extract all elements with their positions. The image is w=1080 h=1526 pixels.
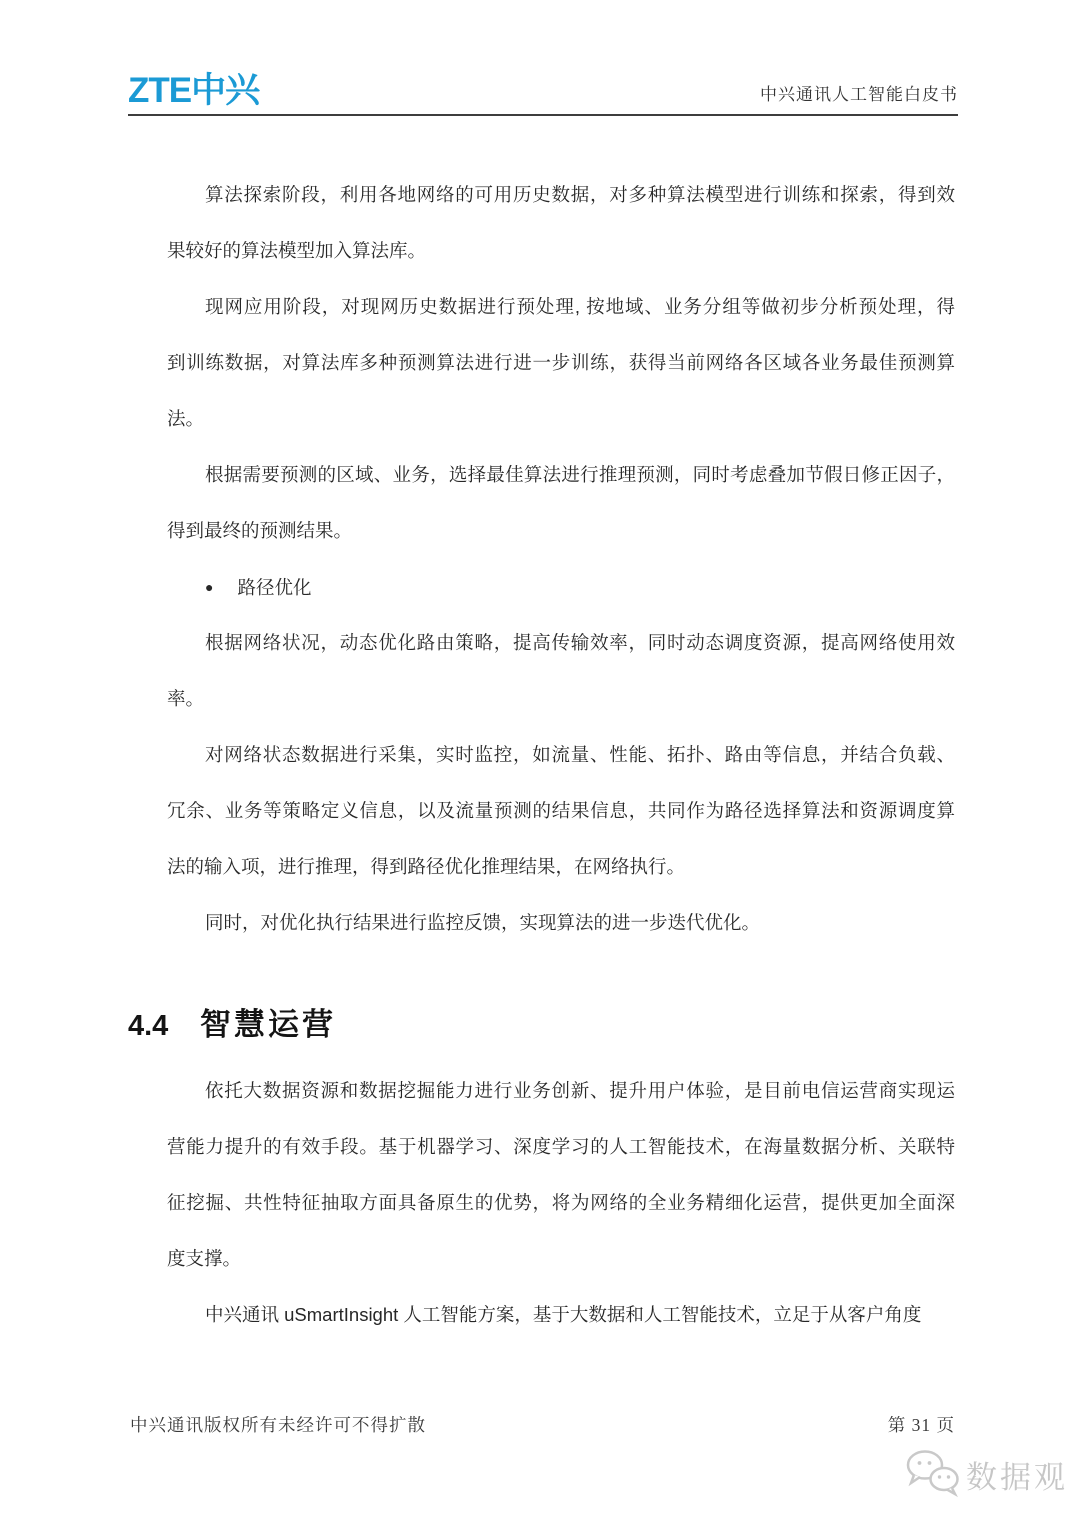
copyright-notice: 中兴通讯版权所有未经许可不得扩散: [130, 1412, 426, 1437]
text-line: 中兴通讯 uSmartInsight 人工智能方案，基于大数据和人工智能技术，立…: [167, 1287, 955, 1343]
document-title: 中兴通讯人工智能白皮书: [760, 80, 958, 114]
page-footer: 中兴通讯版权所有未经许可不得扩散 第 31 页: [130, 1412, 955, 1437]
text-line: 得到最终的预测结果。: [167, 503, 955, 559]
paragraph: 根据网络状况，动态优化路由策略，提高传输效率，同时动态调度资源，提高网络使用效率…: [167, 615, 955, 727]
paragraph: 现网应用阶段，对现网历史数据进行预处理, 按地域、业务分组等做初步分析预处理，得…: [167, 279, 955, 447]
text-line: 同时，对优化执行结果进行监控反馈，实现算法的进一步迭代优化。: [167, 895, 955, 951]
bullet-text: 路径优化: [237, 577, 311, 598]
section-number: 4.4: [128, 1004, 200, 1048]
paragraph: 同时，对优化执行结果进行监控反馈，实现算法的进一步迭代优化。: [167, 895, 955, 951]
zte-logo: ZTE中兴: [128, 73, 259, 114]
paragraph: 算法探索阶段，利用各地网络的可用历史数据，对多种算法模型进行训练和探索，得到效果…: [167, 167, 955, 279]
text-line: 对网络状态数据进行采集，实时监控，如流量、性能、拓扑、路由等信息，并结合负载、: [167, 727, 955, 783]
text-line: 冗余、业务等策略定义信息，以及流量预测的结果信息，共同作为路径选择算法和资源调度…: [167, 783, 955, 839]
text-line: 果较好的算法模型加入算法库。: [167, 223, 955, 279]
bullet-item: ●路径优化: [205, 559, 955, 615]
text-line: 营能力提升的有效手段。基于机器学习、深度学习的人工智能技术，在海量数据分析、关联…: [167, 1119, 955, 1175]
wechat-icon: [902, 1446, 962, 1503]
watermark-text: 数据观: [966, 1452, 1068, 1497]
text-line: 法。: [167, 391, 955, 447]
text-line: 算法探索阶段，利用各地网络的可用历史数据，对多种算法模型进行训练和探索，得到效: [167, 167, 955, 223]
text-line: 依托大数据资源和数据挖掘能力进行业务创新、提升用户体验，是目前电信运营商实现运: [167, 1063, 955, 1119]
document-page: ZTE中兴 中兴通讯人工智能白皮书 算法探索阶段，利用各地网络的可用历史数据，对…: [0, 0, 1080, 1526]
text-line: 率。: [167, 671, 955, 727]
text-line: 根据网络状况，动态优化路由策略，提高传输效率，同时动态调度资源，提高网络使用效: [167, 615, 955, 671]
paragraph: 对网络状态数据进行采集，实时监控，如流量、性能、拓扑、路由等信息，并结合负载、冗…: [167, 727, 955, 895]
paragraph: 中兴通讯 uSmartInsight 人工智能方案，基于大数据和人工智能技术，立…: [167, 1287, 955, 1343]
bullet-icon: ●: [205, 579, 213, 595]
page-number: 第 31 页: [888, 1412, 955, 1437]
text-line: 根据需要预测的区域、业务，选择最佳算法进行推理预测，同时考虑叠加节假日修正因子，: [167, 447, 955, 503]
document-body: 算法探索阶段，利用各地网络的可用历史数据，对多种算法模型进行训练和探索，得到效果…: [128, 167, 955, 1343]
text-line: 到训练数据，对算法库多种预测算法进行进一步训练，获得当前网络各区域各业务最佳预测…: [167, 335, 955, 391]
page-header: ZTE中兴 中兴通讯人工智能白皮书: [128, 60, 958, 116]
paragraph: 依托大数据资源和数据挖掘能力进行业务创新、提升用户体验，是目前电信运营商实现运营…: [167, 1063, 955, 1287]
text-line: 度支撑。: [167, 1231, 955, 1287]
watermark: 数据观: [902, 1446, 1068, 1503]
paragraph: 根据需要预测的区域、业务，选择最佳算法进行推理预测，同时考虑叠加节假日修正因子，…: [167, 447, 955, 559]
text-line: 法的输入项，进行推理，得到路径优化推理结果，在网络执行。: [167, 839, 955, 895]
section-heading: 4.4智慧运营: [128, 1003, 955, 1047]
text-line: 征挖掘、共性特征抽取方面具备原生的优势，将为网络的全业务精细化运营，提供更加全面…: [167, 1175, 955, 1231]
section-title: 智慧运营: [200, 1007, 336, 1042]
text-line: 现网应用阶段，对现网历史数据进行预处理, 按地域、业务分组等做初步分析预处理，得: [167, 279, 955, 335]
